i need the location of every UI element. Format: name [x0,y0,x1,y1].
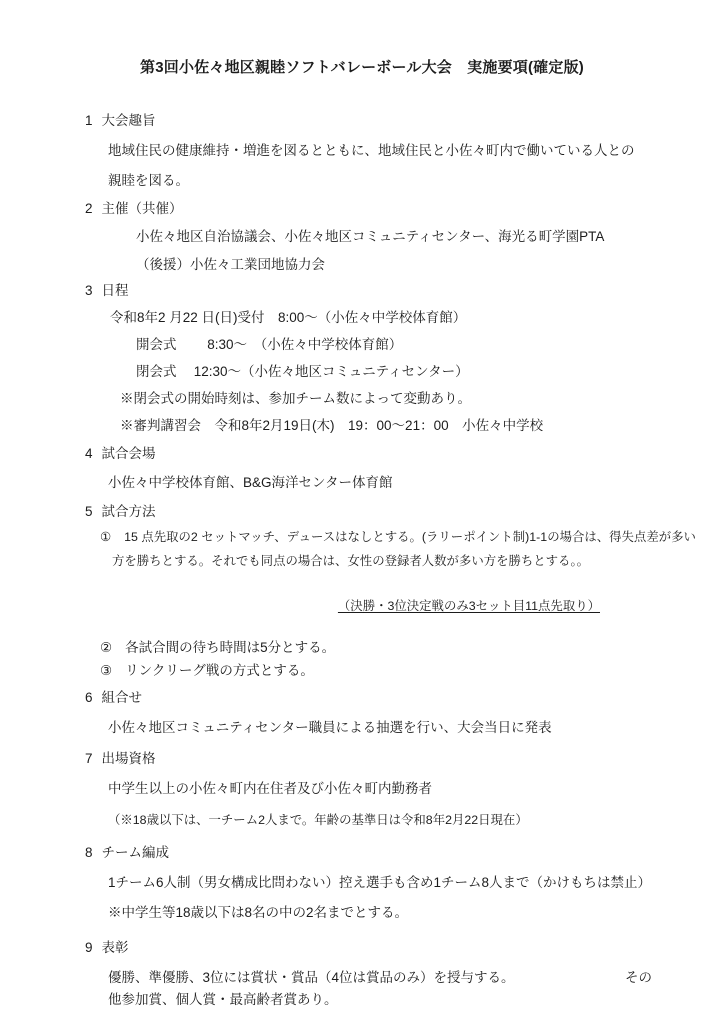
document-page: 第3回小佐々地区親睦ソフトバレーボール大会 実施要項(確定版) 1 大会趣旨 地… [0,0,724,1024]
rule-item-1: ① 15 点先取の2 セットマッチ、デュースはなしとする。(ラリーポイント制)1… [100,527,724,547]
final-match-note-text: （決勝・3位決定戦のみ3セット目11点先取り） [338,599,600,613]
schedule-closing-line: 閉会式 12:30～（小佐々地区コミュニティセンター） [136,362,724,382]
section-7-title: 出場資格 [102,749,156,769]
age-note-line: （※18歳以下は、一チーム2人まで。年齢の基準日は令和8年2月22日現在） [108,810,724,830]
purpose-line-2: 親睦を図る。 [108,171,724,191]
awards-tail-text: その [625,968,652,988]
circled-3-marker: ③ [100,661,112,681]
section-9-number: 9 [85,938,93,958]
section-7-heading: 7 出場資格 [85,749,724,769]
circled-1-marker: ① [100,527,111,547]
section-2-title: 主催（共催） [102,199,183,219]
draw-line: 小佐々地区コミュニティセンター職員による抽選を行い、大会当日に発表 [108,718,724,738]
eligibility-line: 中学生以上の小佐々町内在住者及び小佐々町内勤務者 [108,779,724,799]
section-7-number: 7 [85,749,93,769]
rule-item-2: ② 各試合間の待ち時間は5分とする。 [100,638,724,658]
team-composition-line: 1チーム6人制（男女構成比問わない）控え選手も含め1チーム8人まで（かけもちは禁… [108,873,724,893]
section-5-heading: 5 試合方法 [85,502,724,522]
schedule-note-line: ※閉会式の開始時刻は、参加チーム数によって変動あり。 [120,389,724,409]
awards-main-text: 優勝、準優勝、3位には賞状・賞品（4位は賞品のみ）を授与する。 [108,968,515,988]
schedule-opening-line: 開会式 8:30～ （小佐々中学校体育館） [136,335,724,355]
circled-2-marker: ② [100,638,112,658]
section-8-number: 8 [85,843,93,863]
rule-item-3: ③ リンクリーグ戦の方式とする。 [100,661,724,681]
schedule-reception-line: 令和8年2 月22 日(日)受付 8:00～（小佐々中学校体育館） [110,308,724,328]
section-6-number: 6 [85,688,93,708]
section-6-title: 組合せ [102,688,143,708]
section-8-title: チーム編成 [102,843,170,863]
section-9-heading: 9 表彰 [85,938,724,958]
section-4-title: 試合会場 [102,444,156,464]
section-3-number: 3 [85,281,93,301]
referee-seminar-line: ※審判講習会 令和8年2月19日(木) 19：00～21：00 小佐々中学校 [120,416,724,436]
section-2-number: 2 [85,199,93,219]
purpose-line-1: 地域住民の健康維持・増進を図るとともに、地域住民と小佐々町内で働いている人との [108,141,724,161]
final-match-note: （決勝・3位決定戦のみ3セット目11点先取り） [0,576,600,636]
section-1-heading: 1 大会趣旨 [85,111,724,131]
section-2-heading: 2 主催（共催） [85,199,724,219]
team-age-note-line: ※中学生等18歳以下は8名の中の2名までとする。 [108,903,724,923]
document-title: 第3回小佐々地区親睦ソフトバレーボール大会 実施要項(確定版) [0,58,724,78]
section-1-title: 大会趣旨 [102,111,156,131]
section-8-heading: 8 チーム編成 [85,843,724,863]
supporter-line: （後援）小佐々工業団地協力会 [136,255,724,275]
awards-line-2: 他参加賞、個人賞・最高齢者賞あり。 [108,990,724,1010]
organizer-line: 小佐々地区自治協議会、小佐々地区コミュニティセンター、海光る町学園PTA [136,227,724,247]
rule-1-text: 15 点先取の2 セットマッチ、デュースはなしとする。(ラリーポイント制)1-1… [124,527,696,547]
section-9-title: 表彰 [102,938,129,958]
section-6-heading: 6 組合せ [85,688,724,708]
venue-line: 小佐々中学校体育館、B&G海洋センター体育館 [108,473,724,493]
section-3-title: 日程 [102,281,129,301]
rule-3-text: リンクリーグ戦の方式とする。 [125,661,314,681]
rule-2-text: 各試合間の待ち時間は5分とする。 [125,638,335,658]
awards-line-1: 優勝、準優勝、3位には賞状・賞品（4位は賞品のみ）を授与する。 その [108,968,652,988]
section-4-heading: 4 試合会場 [85,444,724,464]
section-4-number: 4 [85,444,93,464]
section-1-number: 1 [85,111,93,131]
rule-1-continuation: 方を勝ちとする。それでも同点の場合は、女性の登録者人数が多い方を勝ちとする。。 [112,551,724,571]
section-3-heading: 3 日程 [85,281,724,301]
section-5-title: 試合方法 [102,502,156,522]
section-5-number: 5 [85,502,93,522]
